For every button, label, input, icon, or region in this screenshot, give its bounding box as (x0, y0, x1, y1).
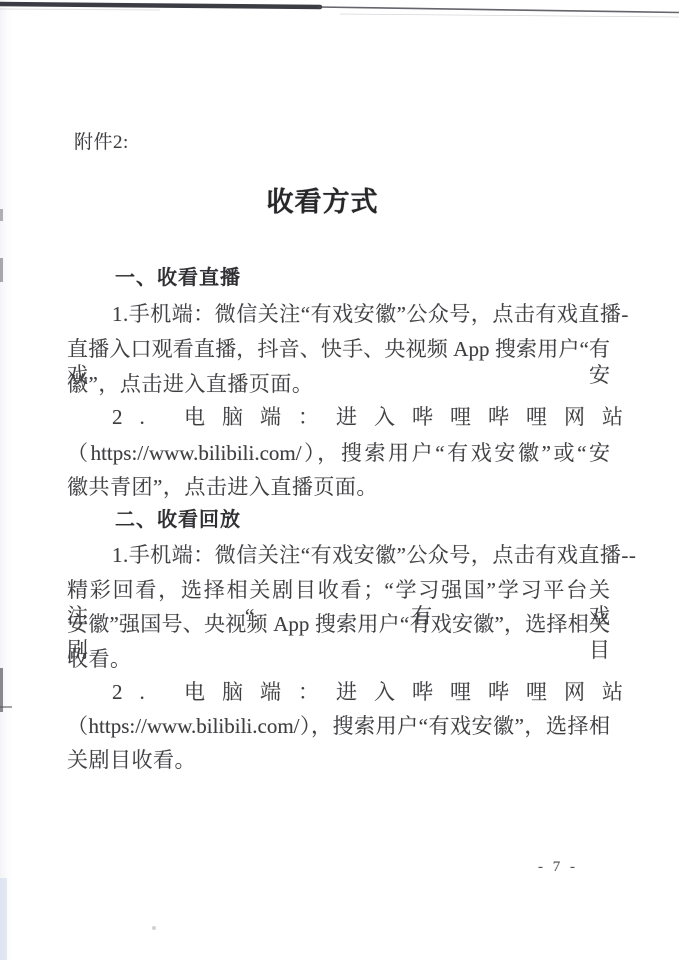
body-line-url: （https://www.bilibili.com/），搜索用户“有戏安徽”或“… (67, 440, 610, 466)
body-line: 1.手机端：微信关注“有戏安徽”公众号，点击有戏直播-- (112, 542, 636, 568)
body-line: 2. 电脑端：进入哔哩哔哩网站 (112, 404, 640, 430)
body-line: 2. 电脑端：进入哔哩哔哩网站 (112, 679, 640, 705)
body-line: 徽共青团”，点击进入直播页面。 (67, 474, 378, 500)
body-line: 1.手机端：微信关注“有戏安徽”公众号，点击有戏直播- (112, 301, 629, 327)
body-line-url: （https://www.bilibili.com/），搜索用户“有戏安徽”，选… (67, 713, 610, 739)
left-edge-artifact (0, 706, 12, 708)
page-number: - 7 - (538, 858, 578, 877)
document-title: 收看方式 (60, 186, 585, 220)
left-edge-artifact (0, 258, 3, 282)
left-edge-artifact (0, 878, 7, 960)
top-scan-edge-artifact (0, 0, 679, 22)
section-heading-watch-replay: 二、收看回放 (115, 508, 241, 533)
left-edge-artifact (0, 209, 3, 221)
body-line: 收看。 (67, 646, 132, 672)
attachment-label: 附件2: (74, 131, 129, 155)
body-line: 关剧目收看。 (67, 747, 196, 773)
scan-speck (152, 926, 156, 930)
section-heading-watch-live: 一、收看直播 (115, 266, 241, 291)
body-line: 徽”，点击进入直播页面。 (67, 371, 313, 397)
scanned-document-page: 附件2: 收看方式 一、收看直播 1.手机端：微信关注“有戏安徽”公众号，点击有… (0, 0, 679, 960)
body-line: 安徽”强国号、央视频 App 搜索用户“有戏安徽”，选择相关剧目 (67, 611, 610, 664)
